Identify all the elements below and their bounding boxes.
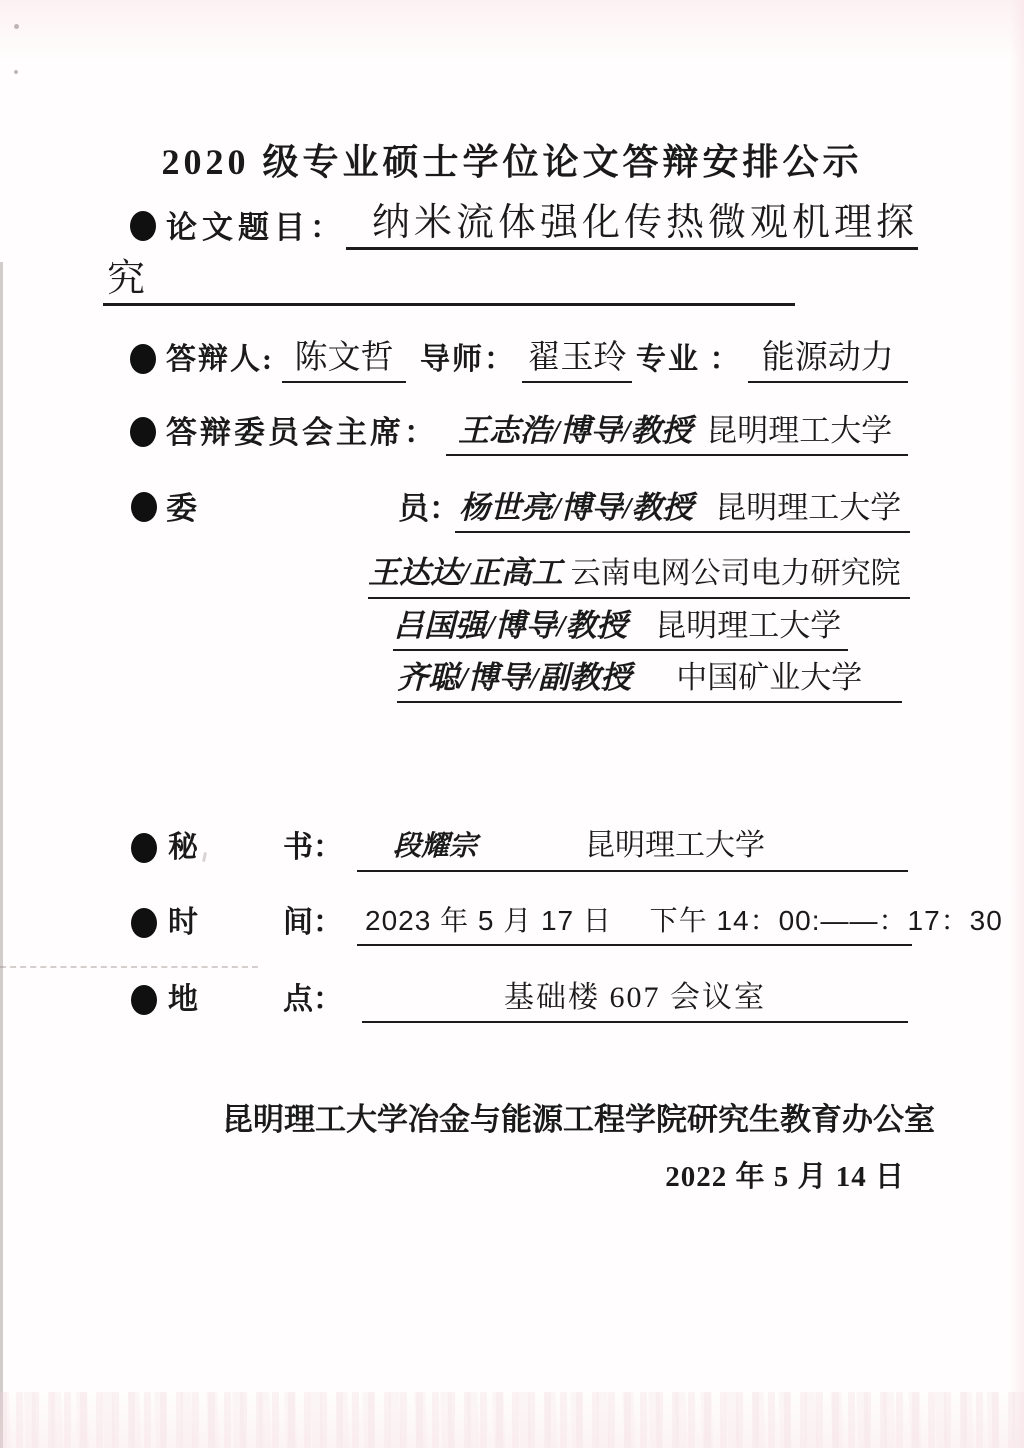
thesis-title-label: 论文题目： bbox=[166, 206, 346, 250]
scan-dash-artifact bbox=[0, 966, 258, 968]
bullet-icon bbox=[130, 344, 156, 374]
secretary-label-left: 秘 bbox=[168, 826, 198, 870]
bullet-icon bbox=[131, 833, 157, 863]
page-title: 2020 级专业硕士学位论文答辩安排公示 bbox=[0, 134, 1024, 185]
committee-member-row: 杨世亮/博导/教授昆明理工大学 bbox=[455, 485, 910, 533]
secretary-affiliation: 昆明理工大学 bbox=[585, 829, 765, 862]
thesis-title-row: 论文题目： 纳米流体强化传热微观机理探 bbox=[130, 200, 908, 250]
location-value: 基础楼 607 会议室 bbox=[362, 975, 908, 1023]
major-name: 能源动力 bbox=[748, 335, 909, 383]
scan-speck bbox=[14, 70, 18, 74]
chair-affiliation: 昆明理工大学 bbox=[706, 413, 892, 448]
time-label-right: 间： bbox=[283, 901, 343, 945]
scan-speck bbox=[202, 852, 207, 862]
committee-label-left: 委 bbox=[166, 487, 197, 531]
bullet-icon bbox=[131, 492, 157, 522]
location-label-right: 点： bbox=[283, 978, 343, 1022]
committee-member-row: 齐聪/博导/副教授中国矿业大学 bbox=[397, 655, 902, 703]
thesis-title-wrap: 究 bbox=[103, 256, 795, 306]
secretary-name: 段耀宗 bbox=[393, 831, 477, 862]
major-label: 专业 ： bbox=[636, 337, 742, 383]
member-affiliation: 中国矿业大学 bbox=[676, 660, 862, 695]
member-affiliation: 昆明理工大学 bbox=[715, 490, 901, 525]
chair-name: 王志浩/博导/教授 bbox=[458, 413, 692, 448]
committee-member-row: 吕国强/博导/教授昆明理工大学 bbox=[393, 603, 848, 651]
secretary-label-right: 书： bbox=[283, 826, 343, 870]
committee-label-right: 员： bbox=[398, 487, 460, 531]
footer-date: 2022 年 5 月 14 日 bbox=[665, 1157, 905, 1197]
member-name: 吕国强/博导/教授 bbox=[393, 608, 627, 643]
bullet-icon bbox=[131, 985, 157, 1015]
bullet-icon bbox=[130, 211, 156, 241]
defender-row: 答辩人: 陈文哲 导师： 翟玉玲 专业 ： 能源动力 bbox=[130, 335, 908, 383]
scan-tint-right bbox=[1010, 0, 1024, 1448]
bullet-icon bbox=[131, 908, 157, 938]
scanned-announcement-page: 2020 级专业硕士学位论文答辩安排公示 论文题目： 纳米流体强化传热微观机理探… bbox=[0, 0, 1024, 1448]
advisor-label: 导师： bbox=[420, 337, 516, 383]
defender-label: 答辩人: bbox=[166, 337, 274, 383]
thesis-title-value: 纳米流体强化传热微观机理探 bbox=[346, 200, 918, 250]
committee-member-row: 王达达/正高工云南电网公司电力研究院 bbox=[368, 550, 910, 599]
footer-office: 昆明理工大学冶金与能源工程学院研究生教育办公室 bbox=[222, 1100, 935, 1140]
member-affiliation: 昆明理工大学 bbox=[655, 608, 841, 643]
chair-row: 答辩委员会主席： 王志浩/博导/教授昆明理工大学 bbox=[130, 408, 908, 456]
member-name: 王达达/正高工 bbox=[368, 555, 563, 590]
scan-edge-line bbox=[0, 262, 3, 1448]
defender-name: 陈文哲 bbox=[282, 335, 406, 383]
secretary-value: 段耀宗昆明理工大学 bbox=[357, 823, 908, 872]
scan-speck bbox=[14, 24, 19, 29]
location-label-left: 地 bbox=[168, 978, 198, 1022]
member-name: 齐聪/博导/副教授 bbox=[397, 660, 631, 695]
time-value: 2023 年 5 月 17 日 下午 14：00:——：17：30 bbox=[357, 898, 912, 946]
advisor-name: 翟玉玲 bbox=[522, 335, 632, 383]
scan-noise-band bbox=[0, 1392, 1024, 1448]
bullet-icon bbox=[130, 417, 156, 447]
time-label-left: 时 bbox=[168, 901, 198, 945]
member-name: 杨世亮/博导/教授 bbox=[459, 490, 693, 525]
chair-label: 答辩委员会主席： bbox=[166, 410, 438, 456]
chair-value: 王志浩/博导/教授昆明理工大学 bbox=[446, 408, 908, 456]
member-affiliation: 云南电网公司电力研究院 bbox=[571, 557, 901, 590]
scan-tint-top bbox=[0, 0, 1024, 60]
